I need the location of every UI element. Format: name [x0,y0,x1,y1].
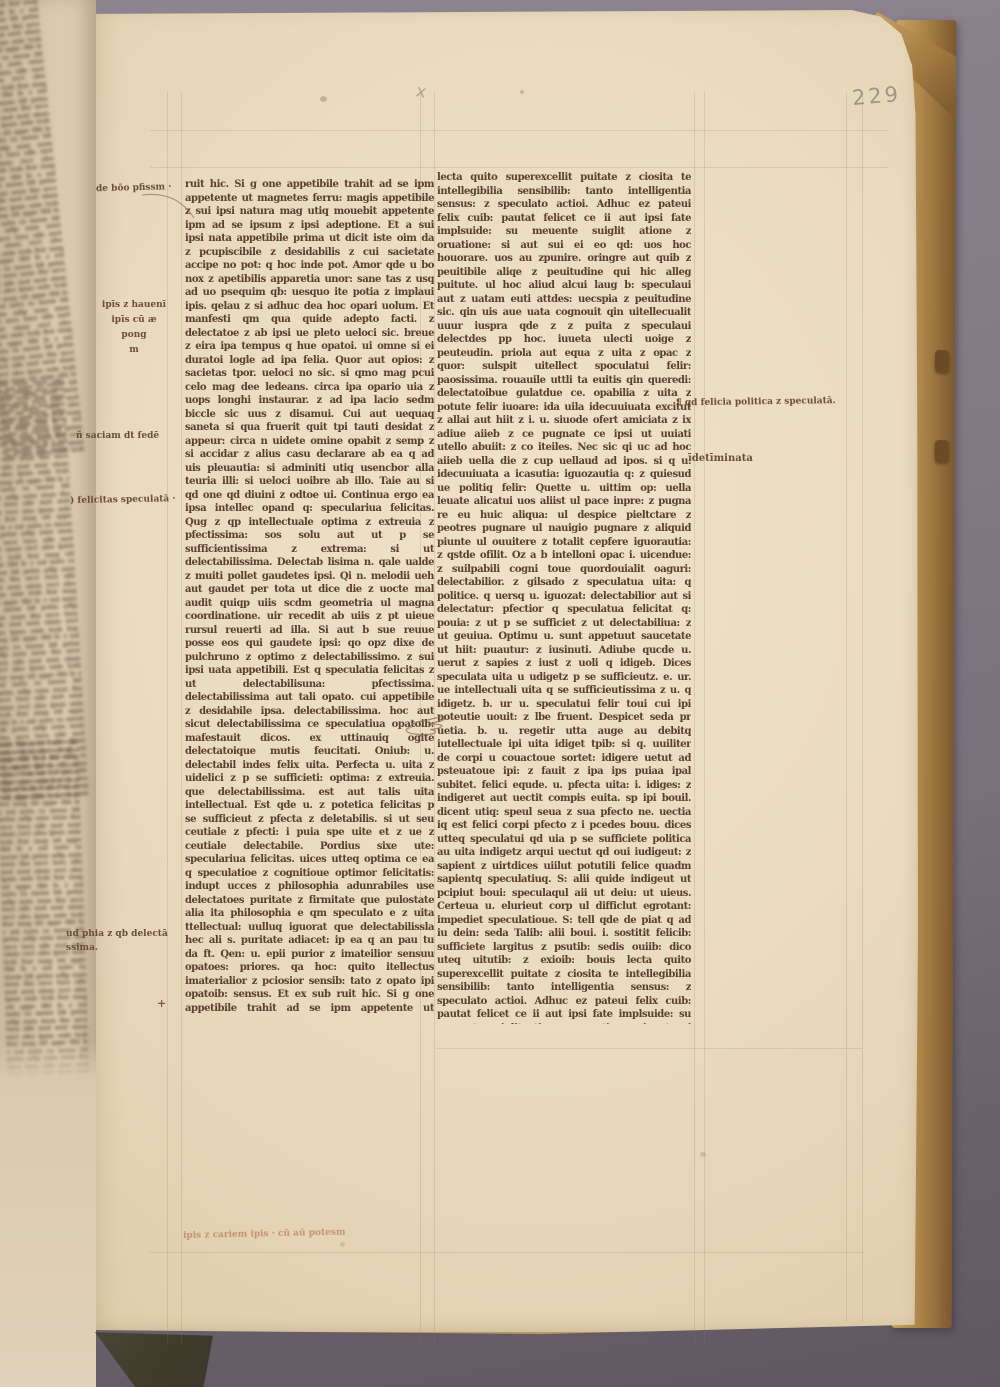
ruling-line [150,130,888,131]
text-column-left: ruit hic. Si g one appetibile trahit ad … [185,178,434,1015]
ruling-line [846,92,847,1322]
manicule-icon [402,706,450,744]
ruling-line [704,92,705,1345]
margin-note-philosophia: ud phia z qb delectā ssima. [66,927,206,955]
clasp-remnant [935,440,949,462]
ruling-line [181,92,182,1345]
margin-note-felicitas-speculativa: ) felicitas speculatā · [70,492,195,509]
ruling-line [862,92,863,1322]
margin-cross-mark: + [157,996,166,1011]
foredge-blank-area [0,1040,96,1387]
margin-note-indeterminata: īdetīminata [688,451,818,466]
margin-note-ipsis: ipīs z hauenī ipīs cū æ pong m [88,298,180,358]
ruling-line [150,1252,864,1253]
stain-spot [340,1242,345,1247]
folio-number: 229 [851,82,902,110]
margin-note-saciam: ñ saciam dt fedē [76,429,196,444]
ink-stain [320,96,327,102]
ruling-line [437,1048,862,1049]
ruling-line [694,92,695,1345]
ruling-line [150,167,888,168]
flourish-line [140,190,198,222]
facing-page-foredge: mun ilm sece tnra uile mot sent uiam rec… [0,0,96,1387]
ink-stain [520,90,524,94]
clasp-remnant [935,350,949,372]
margin-note-felicitas-politica: ¶ qd felicia politica z speculatā. [676,394,876,412]
text-column-right: lecta quito superexcellit puitate z cios… [437,171,691,1024]
stain-spot [700,1152,706,1157]
ruling-line [167,92,168,1345]
